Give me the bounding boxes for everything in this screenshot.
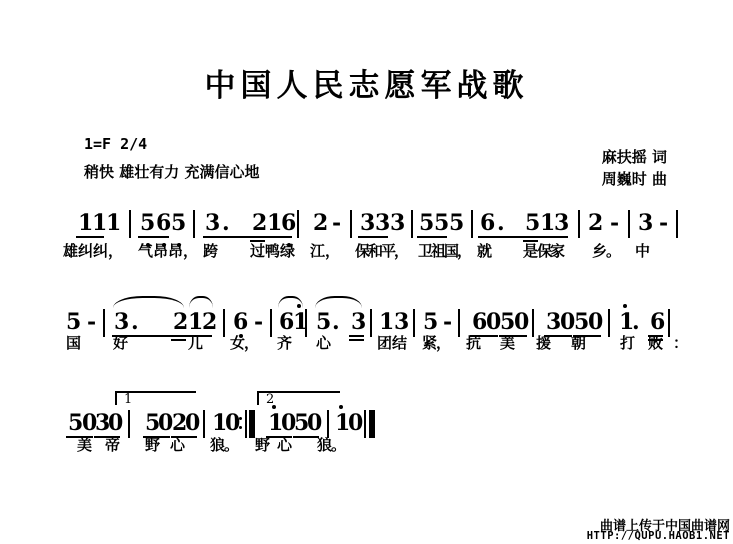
duration-underline — [293, 436, 319, 438]
note-digit: 3 — [375, 212, 390, 234]
volta-ending-number: 1 — [124, 393, 132, 406]
note-digit: 2 — [588, 212, 603, 234]
barline — [203, 410, 205, 438]
lyric-syllable: 好 — [113, 336, 128, 351]
lyric-syllable: 就 — [477, 244, 492, 259]
note-digit: 2 — [313, 212, 328, 234]
note-digit: 3 — [114, 311, 129, 333]
duration-underline — [171, 339, 186, 341]
note-digit: 3 — [394, 311, 409, 333]
barline — [364, 410, 366, 438]
lyric-syllable: 气 — [138, 244, 153, 259]
lyric-syllable: 心 — [277, 438, 292, 453]
lyric-syllable: 齐 — [277, 336, 292, 351]
barline — [608, 309, 610, 337]
dash-note: - — [332, 212, 341, 234]
note-digit: 2 — [173, 311, 188, 333]
lyric-syllable: ， — [457, 244, 472, 259]
barline — [471, 210, 473, 238]
lyric-syllable: 江 — [310, 244, 325, 259]
barline — [193, 210, 195, 238]
barline — [305, 309, 307, 337]
dash-note: - — [87, 311, 96, 333]
note-digit: 3 — [351, 311, 366, 333]
lyric-syllable: 中 — [635, 244, 650, 259]
volta-ending-bracket: 2 — [257, 391, 340, 405]
duration-underline — [417, 236, 447, 238]
lyric-syllable: ， — [394, 244, 409, 259]
lyric-syllable: 结 — [392, 336, 407, 351]
note-digit: 5 — [171, 212, 186, 234]
duration-underline — [203, 236, 292, 238]
lyric-syllable: 儿 — [188, 336, 203, 351]
lyric-syllable: ， — [436, 336, 451, 351]
lyric-syllable: 野 — [255, 438, 270, 453]
octave-dot-above — [339, 405, 343, 409]
slur-arc — [278, 296, 303, 308]
duration-underline — [358, 236, 388, 238]
note-digit: 5 — [140, 212, 155, 234]
lyric-syllable: 帝 — [105, 438, 120, 453]
barline — [128, 410, 130, 438]
note-digit: 3 — [554, 212, 569, 234]
lyric-syllable: 败 — [648, 336, 663, 351]
augmentation-dot: . — [497, 212, 505, 234]
rest-note: 0 — [225, 412, 240, 434]
lyric-syllable: ， — [244, 336, 259, 351]
lyric-syllable: 国 — [66, 336, 81, 351]
note-digit: 6 — [480, 212, 495, 234]
duration-underline — [76, 236, 104, 238]
octave-dot-above — [623, 304, 627, 308]
barline — [270, 309, 272, 337]
lyric-syllable: ： — [673, 336, 688, 351]
barline — [223, 309, 225, 337]
rest-note: 0 — [514, 311, 529, 333]
lyric-syllable: 打 — [620, 336, 635, 351]
barline — [103, 309, 105, 337]
note-digit: 3 — [360, 212, 375, 234]
lyric-syllable: 鸭 — [265, 244, 280, 259]
note-digit: 1 — [106, 212, 121, 234]
barline — [578, 210, 580, 238]
barline — [532, 309, 534, 337]
lyric-syllable: 昂 — [153, 244, 168, 259]
barline — [129, 210, 131, 238]
lyric-syllable: 是 — [523, 244, 538, 259]
duration-underline — [478, 236, 568, 238]
lyric-syllable: 跨 — [203, 244, 218, 259]
note-digit: 1 — [379, 311, 394, 333]
note-digit: 3 — [390, 212, 405, 234]
note-digit: 2 — [202, 311, 217, 333]
dash-note: - — [254, 311, 263, 333]
lyric-syllable: 绿 — [280, 244, 295, 259]
lyric-syllable: 乡 — [592, 244, 607, 259]
note-digit: 5 — [423, 311, 438, 333]
note-digit: 6 — [650, 311, 665, 333]
lyric-syllable: 心 — [316, 336, 331, 351]
slur-arc — [113, 296, 184, 308]
lyric-syllable: ， — [183, 244, 198, 259]
volta-ending-bracket: 1 — [115, 391, 196, 405]
barline — [628, 210, 630, 238]
lyric-syllable: 心 — [170, 438, 185, 453]
rest-note: 0 — [185, 412, 200, 434]
rest-note: 0 — [348, 412, 363, 434]
lyric-syllable: 美 — [77, 438, 92, 453]
volta-ending-number: 2 — [266, 393, 274, 406]
note-digit: 5 — [419, 212, 434, 234]
lyric-syllable: 紧 — [422, 336, 437, 351]
note-digit: 5 — [525, 212, 540, 234]
lyric-syllable: 。 — [331, 438, 346, 453]
note-digit: 5 — [316, 311, 331, 333]
lyric-syllable: 过 — [250, 244, 265, 259]
lyric-syllable: 狼 — [317, 438, 332, 453]
note-digit: 6 — [233, 311, 248, 333]
lyric-syllable: 昂 — [168, 244, 183, 259]
lyric-syllable: 援 — [536, 336, 551, 351]
rest-note: 0 — [307, 412, 322, 434]
augmentation-dot: . — [222, 212, 230, 234]
slur-arc — [189, 296, 213, 308]
thick-barline — [369, 410, 375, 438]
barline — [350, 210, 352, 238]
barline — [668, 309, 670, 337]
barline — [411, 210, 413, 238]
thick-barline — [249, 410, 255, 438]
lyric-syllable: ， — [325, 244, 340, 259]
barline — [458, 309, 460, 337]
barline — [297, 210, 299, 238]
lyric-syllable: 朝 — [571, 336, 586, 351]
barline — [327, 410, 329, 438]
duration-underline — [349, 339, 364, 341]
barline — [245, 410, 247, 438]
score-sheet: 1115653.2162-3335556.5132-3-雄纠纠，气昂昂，跨过鸭绿… — [0, 0, 733, 544]
note-digit: 5 — [66, 311, 81, 333]
lyric-syllable: ， — [108, 244, 123, 259]
augmentation-dot: . — [131, 311, 139, 333]
duration-underline — [138, 236, 169, 238]
lyric-syllable: 。 — [606, 244, 621, 259]
lyric-syllable: 雄 — [63, 244, 78, 259]
augmentation-dot: . — [632, 311, 640, 333]
barline — [413, 309, 415, 337]
duration-underline — [349, 335, 364, 337]
lyric-syllable: 狼 — [210, 438, 225, 453]
lyric-syllable: 抗 — [466, 336, 481, 351]
repeat-dot — [239, 426, 242, 429]
note-digit: 3 — [638, 212, 653, 234]
repeat-dot — [239, 417, 242, 420]
lyric-syllable: 纠 — [93, 244, 108, 259]
rest-note: 0 — [108, 412, 123, 434]
note-digit: 5 — [434, 212, 449, 234]
barline — [676, 210, 678, 238]
lyric-syllable: 女 — [230, 336, 245, 351]
note-digit: 5 — [449, 212, 464, 234]
note-digit: 6 — [156, 212, 171, 234]
lyric-syllable: 美 — [500, 336, 515, 351]
augmentation-dot: . — [332, 311, 340, 333]
barline — [370, 309, 372, 337]
footer-url-text: HTTP://QUPU.HAOB1.NET — [400, 530, 730, 542]
dash-note: - — [443, 311, 452, 333]
lyric-syllable: 家 — [550, 244, 565, 259]
lyric-syllable: 。 — [224, 438, 239, 453]
lyric-syllable: 纠 — [78, 244, 93, 259]
lyric-syllable: 团 — [377, 336, 392, 351]
note-digit: 2 — [252, 212, 267, 234]
note-digit: 6 — [281, 212, 296, 234]
rest-note: 0 — [588, 311, 603, 333]
sheet-music-page: 中国人民志愿军战歌 1=F 2/4 稍快 雄壮有力 充满信心地 麻扶摇 词 周巍… — [0, 0, 733, 544]
note-digit: 3 — [205, 212, 220, 234]
slur-arc — [315, 296, 362, 308]
dash-note: - — [659, 212, 668, 234]
dash-note: - — [610, 212, 619, 234]
lyric-syllable: 野 — [145, 438, 160, 453]
